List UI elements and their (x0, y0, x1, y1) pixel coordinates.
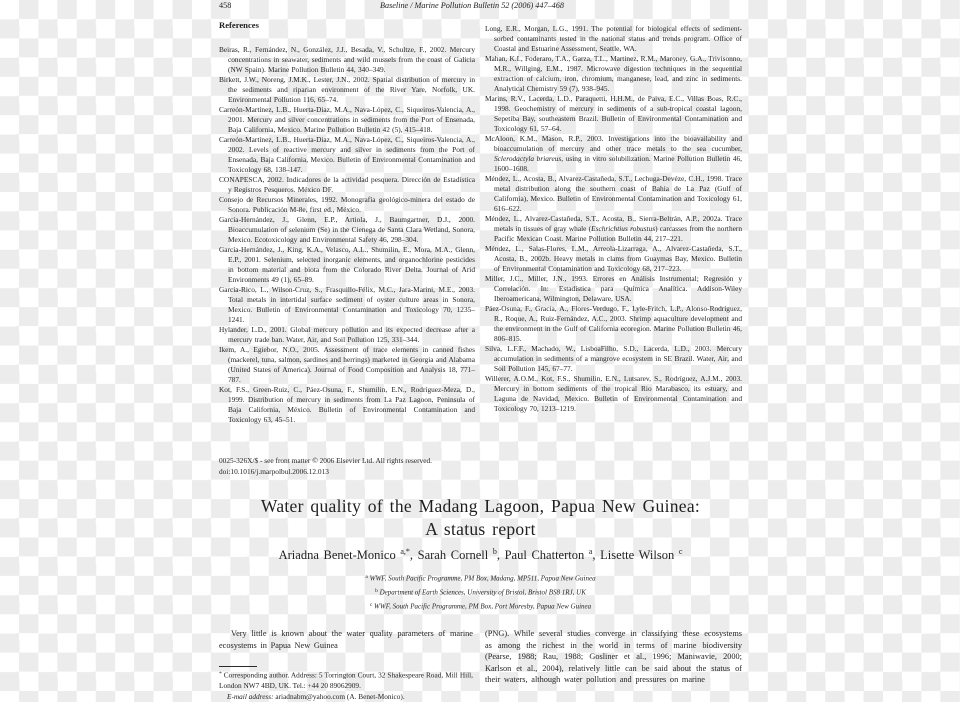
reference-entry: García-Hernández, J., Glenn, E.P., Artio… (219, 215, 475, 245)
reference-entry: García-Hernández, J., King, K.A., Velasc… (219, 245, 475, 285)
reference-entry: Ikem, A., Egiebor, N.O., 2005. Assessmen… (219, 345, 475, 385)
affiliation-list: a WWF, South Pacific Programme, PM Box, … (219, 571, 742, 613)
body-paragraph: Very little is known about the water qua… (219, 628, 473, 651)
reference-entry: García-Rico, L., Wilson-Cruz, S., Frasqu… (219, 285, 475, 325)
reference-entry: Beiras, R., Fernández, N., González, J.J… (219, 45, 475, 75)
affiliation-text: WWF, South Pacific Programme, PM Box, Ma… (368, 575, 596, 583)
reference-entry: Mahan, K.I., Foderaro, T.A., Garza, T.L.… (485, 54, 742, 94)
issn-copyright-line: 0025-326X/$ - see front matter © 2006 El… (219, 455, 432, 466)
article-title-line1: Water quality of the Madang Lagoon, Papu… (219, 495, 742, 518)
reference-entry: Consejo de Recursos Minerales, 1992. Mon… (219, 195, 475, 215)
author-name: Sarah Cornell (418, 548, 493, 562)
body-paragraph: (PNG). While several studies converge in… (485, 628, 742, 686)
reference-entry: Carreón-Martínez, L.B., Huerta-Diaz, M.A… (219, 135, 475, 175)
author-separator: , (410, 548, 418, 562)
imprint-block: 0025-326X/$ - see front matter © 2006 El… (219, 455, 432, 477)
reference-entry: Willerer, A.O.M., Kot, F.S., Shumilin, E… (485, 374, 742, 414)
article-title-line2: A status report (219, 518, 742, 541)
reference-entry: Méndez, L., Salas-Flores, L.M., Arreola-… (485, 244, 742, 274)
reference-entry: CONAPESCA, 2002. Indicadores de la activ… (219, 175, 475, 195)
reference-entry: Kot, F.S., Green-Ruiz, C., Páez-Osuna, F… (219, 385, 475, 425)
references-heading: References (219, 20, 259, 30)
running-title: Baseline / Marine Pollution Bulletin 52 … (380, 1, 564, 10)
body-text-right-column: (PNG). While several studies converge in… (485, 628, 742, 686)
reference-entry: McAloon, K.M., Mason, R.P., 2003. Invest… (485, 134, 742, 174)
body-text-left-column: Very little is known about the water qua… (219, 628, 473, 651)
author-affiliation-mark: c (679, 547, 683, 556)
footnote-email-line: E-mail address: ariadnabm@yahoo.com (A. … (219, 692, 473, 702)
affiliation-line: a WWF, South Pacific Programme, PM Box, … (219, 571, 742, 585)
footnote-line: * Corresponding author. Address: 5 Torri… (219, 669, 473, 692)
author-list: Ariadna Benet-Monico a,*, Sarah Cornell … (219, 547, 742, 563)
reference-entry: Marins, R.V., Lacerda, L.D., Paraquetti,… (485, 94, 742, 134)
affiliation-text: Department of Earth Sciences, University… (378, 589, 586, 597)
reference-entry: Carreón-Martínez, L.B., Huerta-Diaz, M.A… (219, 105, 475, 135)
affiliation-line: c WWF, South Pacific Programme, PM Box, … (219, 599, 742, 613)
footnote-text: Corresponding author. Address: 5 Torring… (219, 671, 473, 691)
email-address: ariadnabm@yahoo.com (A. Benet-Monico). (274, 692, 405, 701)
author-separator: , (592, 548, 600, 562)
footnote-divider (219, 666, 257, 667)
affiliation-text: WWF, South Pacific Programme, PM Box, Po… (372, 603, 591, 611)
reference-entry: Long, E.R., Morgan, L.G., 1991. The pote… (485, 24, 742, 54)
author-separator: , (497, 548, 505, 562)
email-label: E-mail address: (227, 692, 274, 701)
reference-entry: Méndez, L., Alvarez-Castañeda, S.T., Aco… (485, 214, 742, 244)
references-column-right: Long, E.R., Morgan, L.G., 1991. The pote… (485, 24, 742, 414)
reference-entry: Hylander, L.D., 2001. Global mercury pol… (219, 325, 475, 345)
article-title: Water quality of the Madang Lagoon, Papu… (219, 495, 742, 540)
reference-entry: Méndez, L., Acosta, B., Alvarez-Castañed… (485, 174, 742, 214)
reference-entry: Páez-Osuna, F., Gracia, A., Flores-Verdu… (485, 304, 742, 344)
journal-page: 458 Baseline / Marine Pollution Bulletin… (219, 0, 742, 702)
reference-entry: Birkett, J.W., Noreng, J.M.K., Lester, J… (219, 75, 475, 105)
corresponding-author-footnote: * Corresponding author. Address: 5 Torri… (219, 669, 473, 702)
doi-line: doi:10.1016/j.marpolbul.2006.12.013 (219, 466, 432, 477)
affiliation-line: b Department of Earth Sciences, Universi… (219, 585, 742, 599)
reference-entry: Miller, J.C., Miller, J.N., 1993. Errore… (485, 274, 742, 304)
author-name: Paul Chatterton (505, 548, 589, 562)
author-name: Lisette Wilson (600, 548, 679, 562)
reference-entry: Silva, L.F.F., Machado, W., LisboaFilho,… (485, 344, 742, 374)
author-name: Ariadna Benet-Monico (279, 548, 401, 562)
references-column-left: Beiras, R., Fernández, N., González, J.J… (219, 45, 475, 425)
page-number: 458 (219, 1, 231, 10)
author-affiliation-mark: a,* (400, 547, 410, 556)
